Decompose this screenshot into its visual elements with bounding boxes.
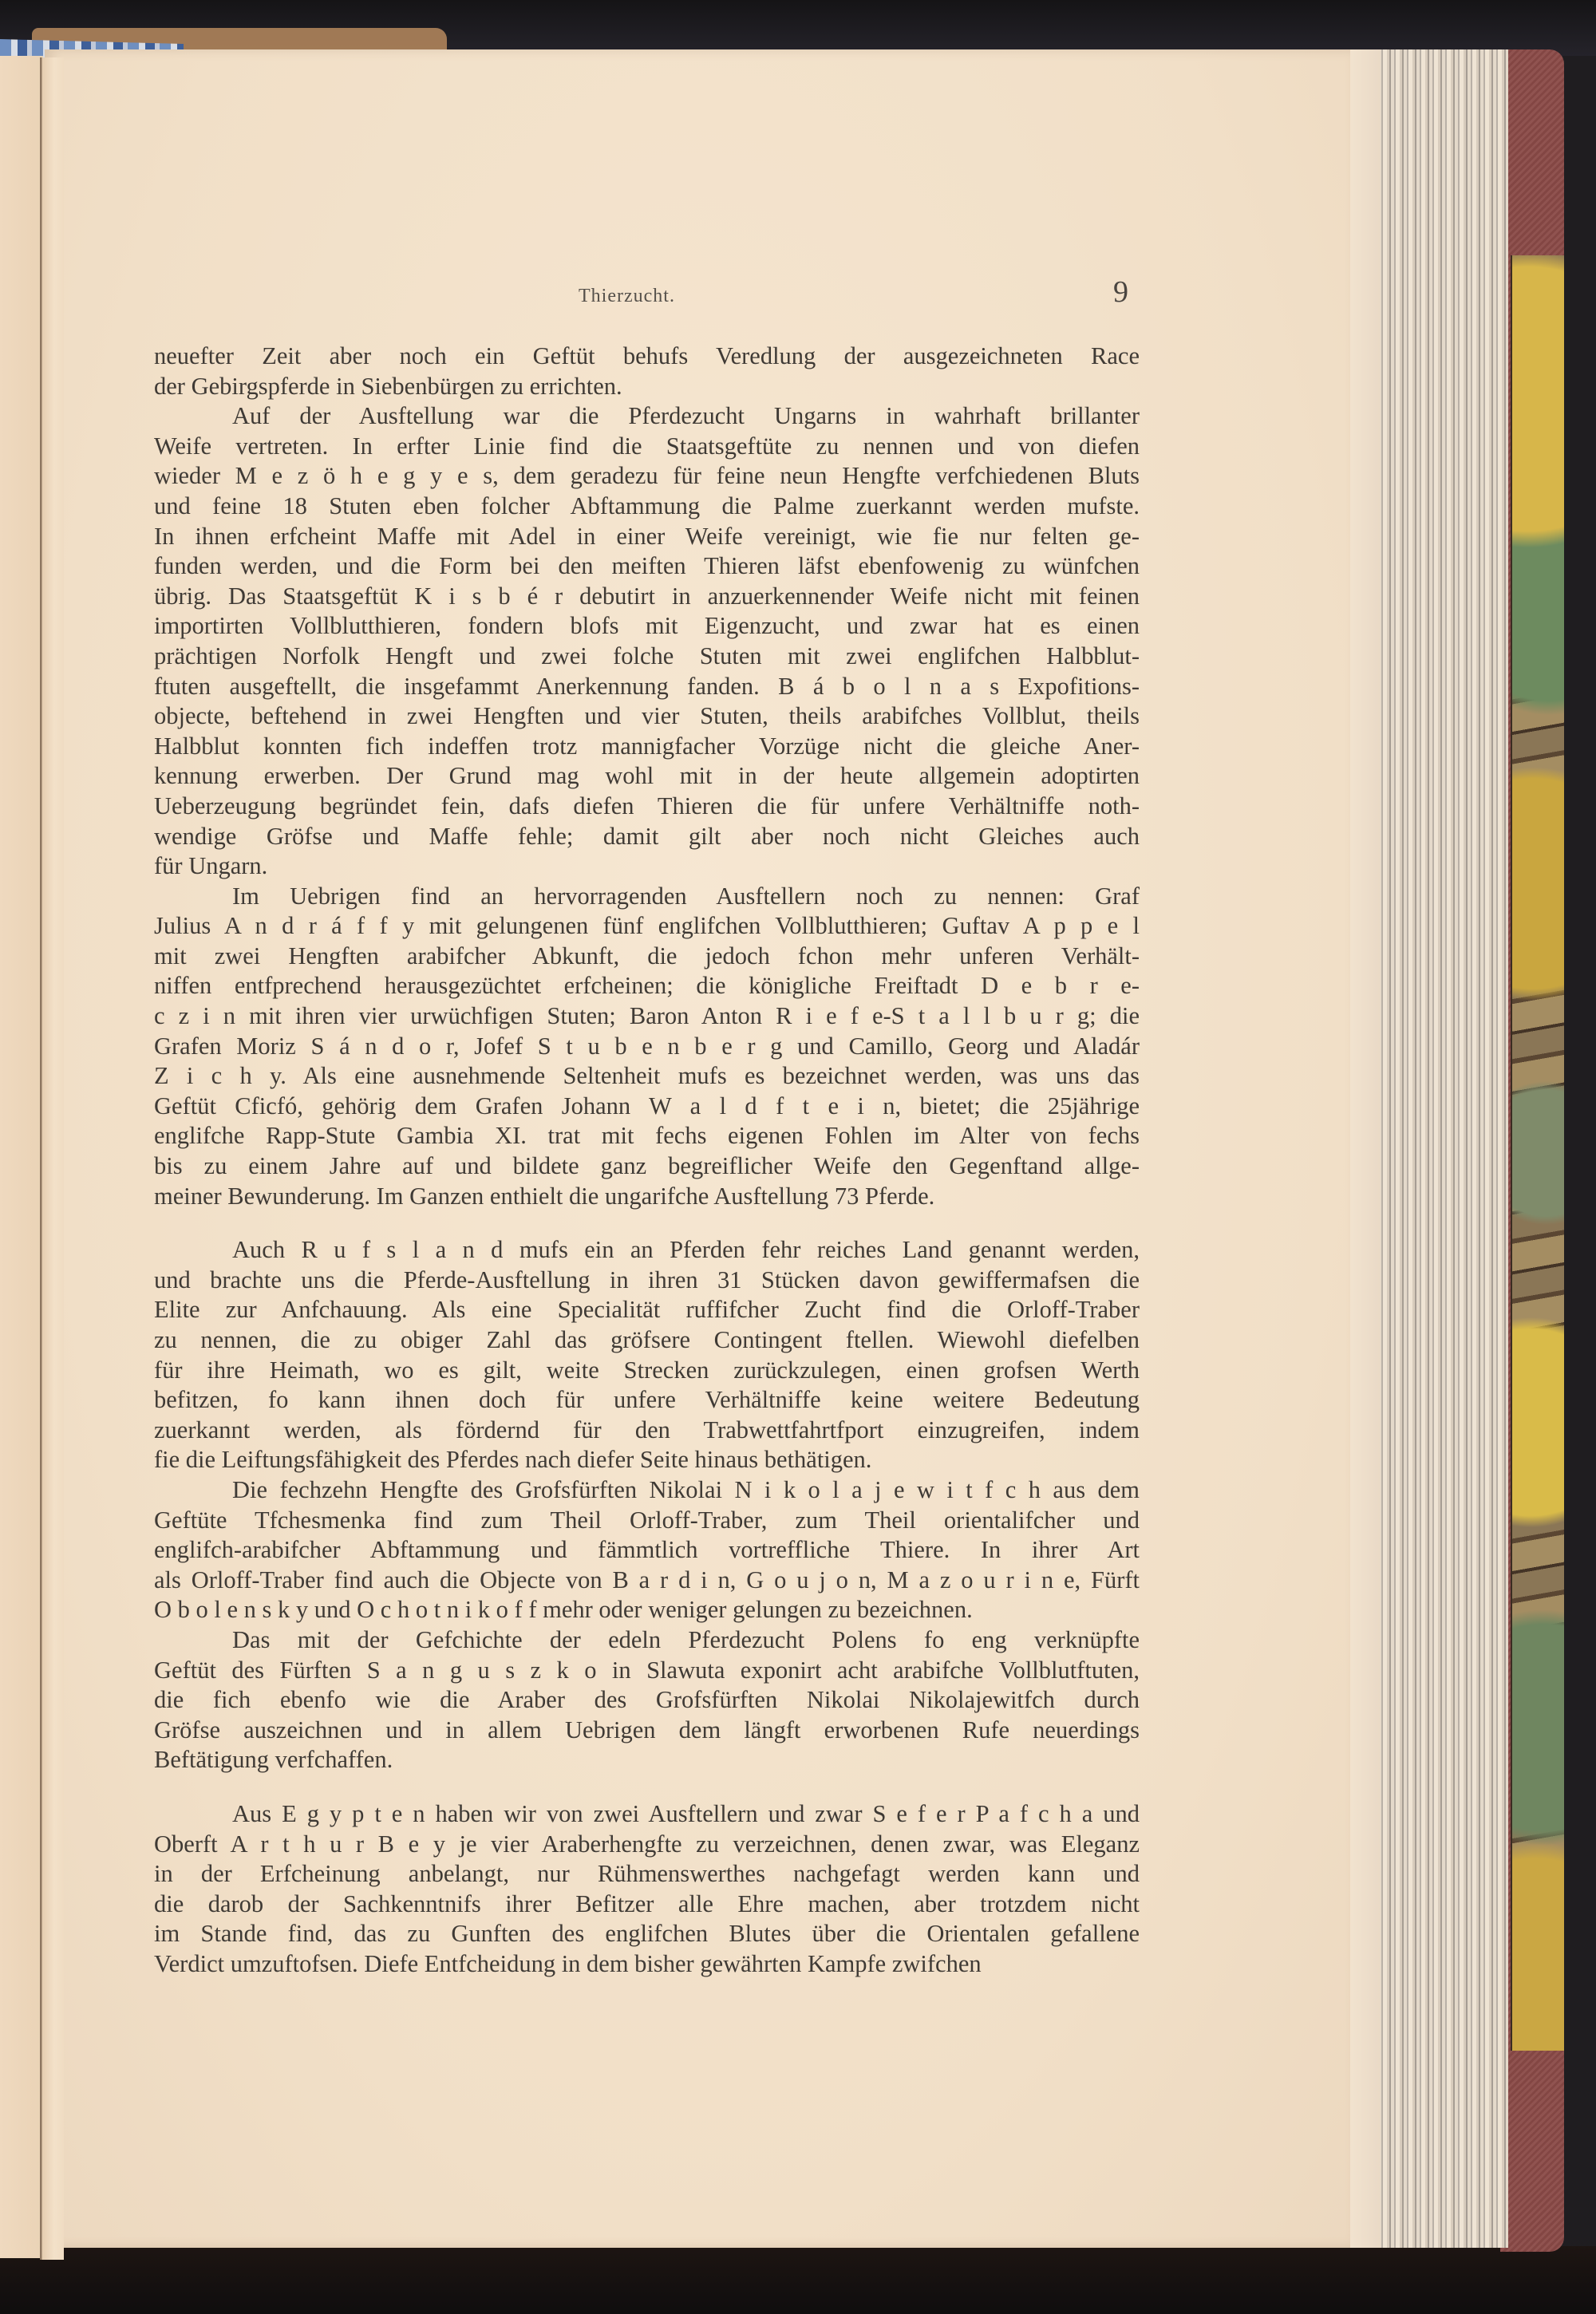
text-line: und brachte uns die Pferde-Ausftellung i… — [154, 1266, 1140, 1296]
text-line: Aus E g y p t e n haben wir von zwei Aus… — [154, 1799, 1140, 1830]
text-line: Die fechzehn Hengfte des Grofsfürften Ni… — [154, 1475, 1140, 1506]
text-line: die fich ebenfo wie die Araber des Grofs… — [154, 1685, 1140, 1716]
text-line: befitzen, fo kann ihnen doch für unfere … — [154, 1385, 1140, 1416]
text-line: übrig. Das Staatsgeftüt K i s b é r debu… — [154, 582, 1140, 612]
text-line: fie die Leiftungsfähigkeit des Pferdes n… — [154, 1445, 1140, 1475]
paragraph-p6: Das mit der Gefchichte der edeln Pferdez… — [154, 1625, 1140, 1775]
paragraph-p2: Auf der Ausftellung war die Pferdezucht … — [154, 401, 1140, 882]
text-line: wieder M e z ö h e g y e s, dem geradezu… — [154, 461, 1140, 492]
text-line: im Stande find, das zu Gunften des engli… — [154, 1919, 1140, 1949]
text-line: bis zu einem Jahre auf und bildete ganz … — [154, 1151, 1140, 1182]
page-number: 9 — [1113, 274, 1128, 310]
text-line: Z i c h y. Als eine ausnehmende Seltenhe… — [154, 1061, 1140, 1092]
text-line: zuerkannt werden, als fördernd für den T… — [154, 1416, 1140, 1446]
text-line: In ihnen erfcheint Maffe mit Adel in ein… — [154, 522, 1140, 552]
paragraph-gap — [154, 1775, 1140, 1799]
paragraph-p5: Die fechzehn Hengfte des Grofsfürften Ni… — [154, 1475, 1140, 1625]
body-text: neuefter Zeit aber noch ein Geftüt behuf… — [154, 342, 1140, 1979]
text-line: objecte, beftehend in zwei Hengften und … — [154, 701, 1140, 732]
text-line: Geftüt Cficfó, gehörig dem Grafen Johann… — [154, 1092, 1140, 1122]
text-line: Gröfse auszeichnen und in allem Uebrigen… — [154, 1716, 1140, 1746]
text-line: Ueberzeugung begründet fein, dafs diefen… — [154, 792, 1140, 822]
text-line: in der Erfcheinung anbelangt, nur Rühmen… — [154, 1859, 1140, 1890]
paragraph-gap — [154, 1211, 1140, 1235]
text-line: meiner Bewunderung. Im Ganzen enthielt d… — [154, 1182, 1140, 1212]
text-line: ftuten ausgeftellt, die insgefammt Anerk… — [154, 672, 1140, 702]
text-line: Das mit der Gefchichte der edeln Pferdez… — [154, 1625, 1140, 1656]
text-line: Halbblut konnten fich indeffen trotz man… — [154, 732, 1140, 762]
text-line: Beftätigung verfchaffen. — [154, 1745, 1140, 1775]
text-line: kennung erwerben. Der Grund mag wohl mit… — [154, 761, 1140, 792]
text-line: Im Uebrigen find an hervorragenden Ausft… — [154, 882, 1140, 912]
text-line: Verdict umzuftofsen. Diefe Entfcheidung … — [154, 1949, 1140, 1980]
text-line: englifch-arabifcher Abftammung und fämmt… — [154, 1535, 1140, 1566]
text-line: O b o l e n s k y und O c h o t n i k o … — [154, 1595, 1140, 1625]
text-line: die darob der Sachkenntnifs ihrer Befitz… — [154, 1890, 1140, 1920]
text-line: der Gebirgspferde in Siebenbürgen zu err… — [154, 372, 1140, 402]
text-line: Geftüte Tfchesmenka find zum Theil Orlof… — [154, 1506, 1140, 1536]
text-line: und feine 18 Stuten eben folcher Abftamm… — [154, 492, 1140, 522]
text-line: Elite zur Anfchauung. Als eine Specialit… — [154, 1295, 1140, 1325]
photo-backdrop-bottom — [0, 2246, 1596, 2314]
text-line: als Orloff-Traber find auch die Objecte … — [154, 1566, 1140, 1596]
text-line: mit zwei Hengften arabifcher Abkunft, di… — [154, 942, 1140, 972]
text-line: Auch R u f s l a n d mufs ein an Pferden… — [154, 1235, 1140, 1266]
paragraph-p7: Aus E g y p t e n haben wir von zwei Aus… — [154, 1799, 1140, 1980]
left-page-edge — [0, 56, 43, 2258]
text-line: Weife vertreten. In erfter Linie find di… — [154, 432, 1140, 462]
text-line: c z i n mit ihren vier urwüchfigen Stute… — [154, 1001, 1140, 1032]
text-line: importirten Vollblutthieren, fondern blo… — [154, 611, 1140, 642]
text-line: zu nennen, die zu obiger Zahl das gröfse… — [154, 1325, 1140, 1356]
running-head: Thierzucht. — [579, 286, 675, 307]
page-stack-edge — [1349, 49, 1508, 2248]
text-line: funden werden, und die Form bei den meif… — [154, 551, 1140, 582]
text-line: Julius A n d r á f f y mit gelungenen fü… — [154, 911, 1140, 942]
text-line: Grafen Moriz S á n d o r, Jofef S t u b … — [154, 1032, 1140, 1062]
paragraph-p1: neuefter Zeit aber noch ein Geftüt behuf… — [154, 342, 1140, 401]
text-line: Oberft A r t h u r B e y je vier Araberh… — [154, 1830, 1140, 1860]
text-line: Geftüt des Fürften S a n g u s z k o in … — [154, 1656, 1140, 1686]
gutter — [40, 57, 64, 2260]
text-line: Auf der Ausftellung war die Pferdezucht … — [154, 401, 1140, 432]
paragraph-p4: Auch R u f s l a n d mufs ein an Pferden… — [154, 1235, 1140, 1475]
text-line: für ihre Heimath, wo es gilt, weite Stre… — [154, 1356, 1140, 1386]
text-line: englifche Rapp-Stute Gambia XI. trat mit… — [154, 1121, 1140, 1151]
text-line: für Ungarn. — [154, 851, 1140, 882]
text-line: wendige Gröfse und Maffe fehle; damit gi… — [154, 822, 1140, 852]
text-line: niffen entfprechend herausgezüchtet erfc… — [154, 971, 1140, 1001]
marbled-board — [1511, 255, 1564, 2051]
paragraph-p3: Im Uebrigen find an hervorragenden Ausft… — [154, 882, 1140, 1212]
text-line: neuefter Zeit aber noch ein Geftüt behuf… — [154, 342, 1140, 372]
text-line: prächtigen Norfolk Hengft und zwei folch… — [154, 642, 1140, 672]
